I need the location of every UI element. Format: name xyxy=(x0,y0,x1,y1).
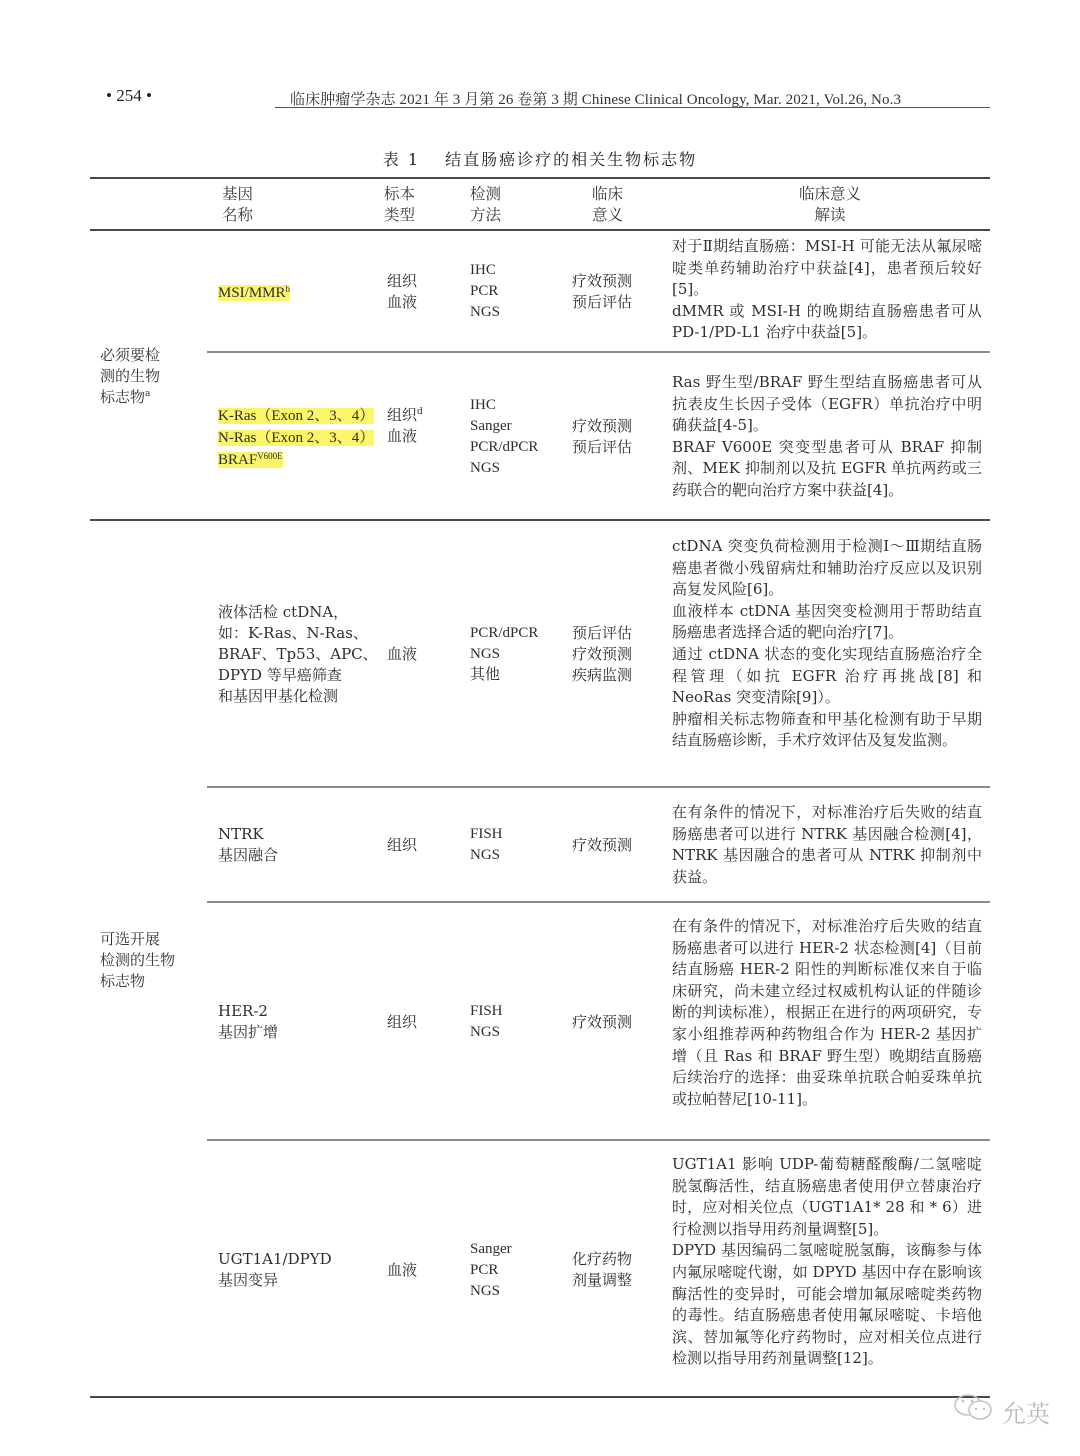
method: PCR xyxy=(470,281,500,302)
gene-name: HER-2 xyxy=(218,1001,278,1022)
gene-cell: MSI/MMRb xyxy=(218,282,290,304)
interpretation-paragraph: 肿瘤相关标志物筛查和甲基化检测有助于早期结直肠癌诊断，手术疗效评估及复发监测。 xyxy=(672,709,982,752)
sample-cell: 血液 xyxy=(387,644,417,665)
row-divider xyxy=(207,1139,990,1141)
gene-name: BRAF、Tp53、APC、 xyxy=(218,644,378,665)
significance-cell: 疗效预测 预后评估 xyxy=(572,271,632,313)
gene-name: 基因扩增 xyxy=(218,1022,278,1043)
gene-name: 液体活检 ctDNA， xyxy=(218,602,378,623)
gene-name: K-Ras（Exon 2、3、4） xyxy=(218,408,374,424)
significance: 疗效预测 xyxy=(572,416,632,437)
gene-name: 基因融合 xyxy=(218,845,278,866)
interpretation-paragraph: 在有条件的情况下，对标准治疗后失败的结直肠癌患者可以进行 NTRK 基因融合检测… xyxy=(672,802,982,888)
page-number: • 254 • xyxy=(106,86,152,106)
significance-cell: 疗效预测 预后评估 xyxy=(572,416,632,458)
method: NGS xyxy=(470,644,538,665)
header-text: 临床 xyxy=(592,184,623,205)
header-text: 名称 xyxy=(222,205,253,226)
sample-type: 组织 xyxy=(387,271,417,292)
interpretation-paragraph: 通过 ctDNA 状态的变化实现结直肠癌治疗全程管理（如抗 EGFR 治疗再挑战… xyxy=(672,644,982,709)
interpretation-cell: 对于Ⅱ期结直肠癌：MSI-H 可能无法从氟尿嘧啶类单药辅助治疗中获益[4]，患者… xyxy=(672,236,982,344)
method: PCR/dPCR xyxy=(470,437,538,458)
header-bottom-rule xyxy=(90,229,990,231)
header-text: 类型 xyxy=(384,205,415,226)
sample-cell: 组织 xyxy=(387,1012,417,1033)
sample-cell: 血液 xyxy=(387,1260,417,1281)
interpretation-paragraph: 对于Ⅱ期结直肠癌：MSI-H 可能无法从氟尿嘧啶类单药辅助治疗中获益[4]，患者… xyxy=(672,236,982,301)
header-text: 意义 xyxy=(592,205,623,226)
sample-cell: 组织 血液 xyxy=(387,271,417,313)
gene-name: 和基因甲基化检测 xyxy=(218,686,378,707)
gene-cell: 液体活检 ctDNA， 如：K-Ras、N-Ras、 BRAF、Tp53、APC… xyxy=(218,602,378,707)
row-divider xyxy=(207,351,990,353)
interpretation-cell: UGT1A1 影响 UDP-葡萄糖醛酸酶/二氢嘧啶脱氢酶活性，结直肠癌患者使用伊… xyxy=(672,1154,982,1370)
significance-cell: 化疗药物 剂量调整 xyxy=(572,1249,632,1291)
table-top-rule xyxy=(90,177,990,179)
interpretation-cell: 在有条件的情况下，对标准治疗后失败的结直肠癌患者可以进行 HER-2 状态检测[… xyxy=(672,916,982,1110)
interpretation-paragraph: Ras 野生型/BRAF 野生型结直肠癌患者可从抗表皮生长因子受体（EGFR）单… xyxy=(672,372,982,437)
significance: 疗效预测 xyxy=(572,835,632,856)
interpretation-cell: ctDNA 突变负荷检测用于检测Ⅰ～Ⅲ期结直肠癌患者微小残留病灶和辅助治疗反应以… xyxy=(672,536,982,752)
sample-type: 血液 xyxy=(387,426,423,447)
group-label-line: 标志物 xyxy=(100,971,175,992)
method: NGS xyxy=(470,845,503,866)
group-label-line: 检测的生物 xyxy=(100,950,175,971)
header-text: 检测 xyxy=(470,184,501,205)
gene-name: DPYD 等早癌筛查 xyxy=(218,665,378,686)
gene-cell: K-Ras（Exon 2、3、4） N-Ras（Exon 2、3、4） BRAF… xyxy=(218,405,374,471)
method: 其他 xyxy=(470,665,538,686)
method-cell: IHC PCR NGS xyxy=(470,260,500,323)
watermark-text: 允英 xyxy=(1002,1394,1050,1429)
header-text: 方法 xyxy=(470,205,501,226)
significance: 化疗药物 xyxy=(572,1249,632,1270)
sample-type: 组织 xyxy=(387,835,417,856)
significance: 疗效预测 xyxy=(572,1012,632,1033)
significance: 疾病监测 xyxy=(572,665,632,686)
significance-cell: 预后评估 疗效预测 疾病监测 xyxy=(572,623,632,686)
header-text: 标本 xyxy=(384,184,415,205)
group-label-line: 测的生物 xyxy=(100,366,160,387)
table-bottom-rule xyxy=(90,1396,990,1398)
group-label-line: 必须要检 xyxy=(100,345,160,366)
header-interpretation: 临床意义 解读 xyxy=(760,184,900,226)
gene-cell: NTRK 基因融合 xyxy=(218,824,278,866)
gene-name: 基因变异 xyxy=(218,1270,332,1291)
wechat-icon xyxy=(952,1392,996,1430)
row-divider xyxy=(207,901,990,903)
interpretation-paragraph: 血液样本 ctDNA 基因突变检测用于帮助结直肠癌患者选择合适的靶向治疗[7]。 xyxy=(672,601,982,644)
sample-type: 组织 xyxy=(387,406,417,424)
watermark: 允英 xyxy=(952,1392,1050,1430)
gene-name-highlight: BRAFV600E xyxy=(218,452,283,468)
footnote-marker: a xyxy=(145,389,150,399)
method-cell: FISH NGS xyxy=(470,1001,503,1043)
caption-number: 表 1 xyxy=(383,150,420,169)
caption-title: 结直肠癌诊疗的相关生物标志物 xyxy=(445,150,697,169)
group-label-required: 必须要检 测的生物 标志物a xyxy=(100,345,160,408)
interpretation-paragraph: UGT1A1 影响 UDP-葡萄糖醛酸酶/二氢嘧啶脱氢酶活性，结直肠癌患者使用伊… xyxy=(672,1154,982,1240)
significance: 预后评估 xyxy=(572,292,632,313)
group-divider xyxy=(90,519,990,521)
method-cell: IHC Sanger PCR/dPCR NGS xyxy=(470,395,538,479)
header-significance: 临床 意义 xyxy=(592,184,623,226)
significance: 疗效预测 xyxy=(572,644,632,665)
method: NGS xyxy=(470,1022,503,1043)
group-label-line: 可选开展 xyxy=(100,929,175,950)
footnote-marker: d xyxy=(417,407,423,417)
interpretation-paragraph: ctDNA 突变负荷检测用于检测Ⅰ～Ⅲ期结直肠癌患者微小残留病灶和辅助治疗反应以… xyxy=(672,536,982,601)
header-text: 临床意义 xyxy=(760,184,900,205)
method: NGS xyxy=(470,1281,512,1302)
method: NGS xyxy=(470,458,538,479)
significance-cell: 疗效预测 xyxy=(572,1012,632,1033)
gene-cell: HER-2 基因扩增 xyxy=(218,1001,278,1043)
gene-name: N-Ras（Exon 2、3、4） xyxy=(218,430,374,446)
method: PCR/dPCR xyxy=(470,623,538,644)
gene-cell: UGT1A1/DPYD 基因变异 xyxy=(218,1249,332,1291)
significance: 预后评估 xyxy=(572,623,632,644)
gene-name: BRAF xyxy=(218,452,257,468)
interpretation-paragraph: 在有条件的情况下，对标准治疗后失败的结直肠癌患者可以进行 HER-2 状态检测[… xyxy=(672,916,982,1110)
method-cell: Sanger PCR NGS xyxy=(470,1239,512,1302)
method: FISH xyxy=(470,824,503,845)
method: IHC xyxy=(470,260,500,281)
header-gene: 基因 名称 xyxy=(222,184,253,226)
group-label-line: 标志物 xyxy=(100,388,145,406)
significance: 预后评估 xyxy=(572,437,632,458)
header-sample: 标本 类型 xyxy=(384,184,415,226)
sample-cell: 组织 xyxy=(387,835,417,856)
sample-type: 血液 xyxy=(387,292,417,313)
significance: 疗效预测 xyxy=(572,271,632,292)
footnote-marker: V600E xyxy=(257,451,283,461)
method: FISH xyxy=(470,1001,503,1022)
method: IHC xyxy=(470,395,538,416)
sample-cell: 组织d 血液 xyxy=(387,405,423,447)
group-label-optional: 可选开展 检测的生物 标志物 xyxy=(100,929,175,992)
significance: 剂量调整 xyxy=(572,1270,632,1291)
header-text: 解读 xyxy=(760,205,900,226)
interpretation-paragraph: dMMR 或 MSI-H 的晚期结直肠癌患者可从 PD-1/PD-L1 治疗中获… xyxy=(672,301,982,344)
header-rule xyxy=(275,107,990,108)
row-divider xyxy=(207,786,990,788)
gene-name-highlight: MSI/MMRb xyxy=(218,285,290,301)
header-method: 检测 方法 xyxy=(470,184,501,226)
gene-name: UGT1A1/DPYD xyxy=(218,1249,332,1270)
interpretation-cell: 在有条件的情况下，对标准治疗后失败的结直肠癌患者可以进行 NTRK 基因融合检测… xyxy=(672,802,982,888)
interpretation-paragraph: BRAF V600E 突变型患者可从 BRAF 抑制剂、MEK 抑制剂以及抗 E… xyxy=(672,437,982,502)
significance-cell: 疗效预测 xyxy=(572,835,632,856)
method-cell: FISH NGS xyxy=(470,824,503,866)
sample-type: 血液 xyxy=(387,1260,417,1281)
sample-type: 血液 xyxy=(387,644,417,665)
method: NGS xyxy=(470,302,500,323)
gene-name: 如：K-Ras、N-Ras、 xyxy=(218,623,378,644)
method: Sanger xyxy=(470,416,538,437)
footnote-marker: b xyxy=(286,284,291,294)
table-caption: 表 1 结直肠癌诊疗的相关生物标志物 xyxy=(0,147,1080,170)
interpretation-cell: Ras 野生型/BRAF 野生型结直肠癌患者可从抗表皮生长因子受体（EGFR）单… xyxy=(672,372,982,502)
sample-type: 组织 xyxy=(387,1012,417,1033)
method: Sanger xyxy=(470,1239,512,1260)
running-header: 临床肿瘤学杂志 2021 年 3 月第 26 卷第 3 期 Chinese Cl… xyxy=(290,88,901,109)
interpretation-paragraph: DPYD 基因编码二氢嘧啶脱氢酶，该酶参与体内氟尿嘧啶代谢，如 DPYD 基因中… xyxy=(672,1240,982,1370)
method: PCR xyxy=(470,1260,512,1281)
gene-name: MSI/MMR xyxy=(218,285,286,301)
method-cell: PCR/dPCR NGS 其他 xyxy=(470,623,538,686)
header-text: 基因 xyxy=(222,184,253,205)
gene-name: NTRK xyxy=(218,824,278,845)
